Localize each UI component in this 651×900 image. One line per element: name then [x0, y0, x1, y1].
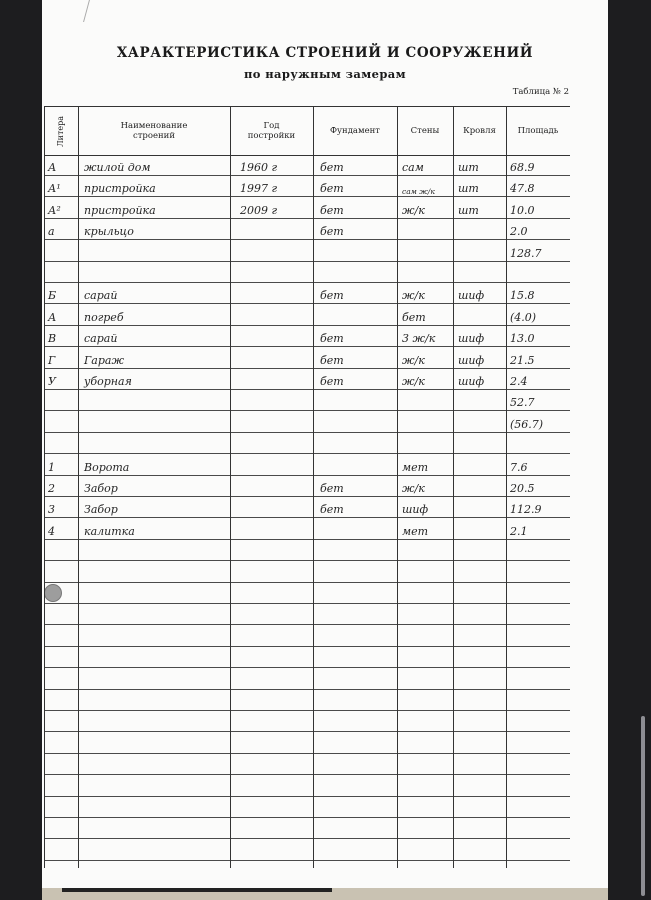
cell-area: 13.0	[510, 325, 570, 346]
cell-roof: шт	[458, 154, 506, 175]
table-row	[44, 625, 570, 647]
table-row	[44, 839, 570, 861]
cell-foundation	[320, 668, 397, 689]
table-row	[44, 732, 570, 754]
cell-year	[240, 582, 313, 603]
cell-name	[84, 839, 230, 860]
cell-roof	[458, 454, 506, 475]
table-row: 1Воротамет7.6	[44, 454, 570, 476]
cell-area: 2.1	[510, 518, 570, 539]
cell-year	[240, 796, 313, 817]
cell-area	[510, 732, 570, 753]
cell-foundation	[320, 689, 397, 710]
table-row: (56.7)	[44, 411, 570, 433]
cell-walls	[402, 625, 453, 646]
cell-year	[240, 817, 313, 838]
document-subtitle: по наружным замерам	[42, 67, 608, 81]
cell-area	[510, 839, 570, 860]
cell-walls	[402, 261, 453, 282]
header-litera: Литера	[44, 107, 78, 155]
header-area-label: Площадь	[518, 126, 559, 136]
cell-walls: ж/к	[402, 347, 453, 368]
cell-name: погреб	[84, 304, 230, 325]
table-row	[44, 539, 570, 561]
cell-roof	[458, 646, 506, 667]
cell-area	[510, 668, 570, 689]
cell-year	[240, 347, 313, 368]
cell-year	[240, 304, 313, 325]
cell-litera	[48, 817, 78, 838]
cell-name	[84, 753, 230, 774]
cell-walls	[402, 753, 453, 774]
table-row: Всарайбет3 ж/кшиф13.0	[44, 325, 570, 347]
cell-year	[240, 539, 313, 560]
column-line	[453, 106, 454, 868]
cell-roof: шт	[458, 197, 506, 218]
cell-litera	[48, 432, 78, 453]
cell-roof	[458, 668, 506, 689]
cell-year	[240, 732, 313, 753]
cell-year	[240, 282, 313, 303]
cell-name	[84, 689, 230, 710]
cell-foundation	[320, 775, 397, 796]
cell-year	[240, 646, 313, 667]
cell-walls: 3 ж/к	[402, 325, 453, 346]
cell-name: жилой дом	[84, 154, 230, 175]
table-row	[44, 689, 570, 711]
cell-roof	[458, 496, 506, 517]
cell-area	[510, 646, 570, 667]
column-line	[78, 106, 79, 868]
header-year: Год постройки	[230, 107, 313, 155]
cell-area: (56.7)	[510, 411, 570, 432]
cell-foundation	[320, 539, 397, 560]
cell-litera: 3	[48, 496, 78, 517]
cell-roof	[458, 603, 506, 624]
cell-litera	[48, 261, 78, 282]
cell-foundation	[320, 411, 397, 432]
header-foundation: Фундамент	[313, 107, 397, 155]
cell-name	[84, 668, 230, 689]
cell-area: 20.5	[510, 475, 570, 496]
cell-foundation	[320, 261, 397, 282]
cell-area	[510, 817, 570, 838]
cell-name	[84, 646, 230, 667]
cell-roof	[458, 753, 506, 774]
cell-litera	[48, 582, 78, 603]
cell-litera	[48, 710, 78, 731]
cell-area	[510, 753, 570, 774]
cell-year	[240, 689, 313, 710]
cell-roof: шиф	[458, 282, 506, 303]
cell-walls: мет	[402, 454, 453, 475]
cell-year	[240, 389, 313, 410]
cell-year	[240, 218, 313, 239]
cell-name	[84, 561, 230, 582]
cell-area: 7.6	[510, 454, 570, 475]
cell-area: 15.8	[510, 282, 570, 303]
column-line	[506, 106, 507, 868]
cell-roof: шиф	[458, 325, 506, 346]
cell-year	[240, 710, 313, 731]
cell-roof	[458, 432, 506, 453]
table-row: А¹пристройка1997 гбетсам ж/кшт47.8	[44, 175, 570, 197]
cell-area	[510, 261, 570, 282]
cell-name	[84, 732, 230, 753]
cell-walls	[402, 796, 453, 817]
table-number-label: Таблица № 2	[513, 87, 569, 97]
cell-year	[240, 368, 313, 389]
cell-year	[240, 753, 313, 774]
cell-litera	[48, 411, 78, 432]
column-line	[44, 106, 45, 868]
corner-mark	[83, 0, 100, 22]
table-row: 52.7	[44, 389, 570, 411]
cell-year	[240, 775, 313, 796]
table-row: 3Заборбетшиф112.9	[44, 496, 570, 518]
cell-litera: У	[48, 368, 78, 389]
cell-walls	[402, 603, 453, 624]
cell-name	[84, 582, 230, 603]
cell-name: Забор	[84, 496, 230, 517]
cell-foundation	[320, 646, 397, 667]
cell-name	[84, 539, 230, 560]
cell-year: 2009 г	[240, 197, 313, 218]
cell-roof	[458, 625, 506, 646]
cell-walls	[402, 539, 453, 560]
table-row: ГГаражбетж/кшиф21.5	[44, 347, 570, 369]
cell-name: Забор	[84, 475, 230, 496]
cell-litera	[48, 240, 78, 261]
cell-litera: А¹	[48, 175, 78, 196]
cell-foundation	[320, 817, 397, 838]
cell-area	[510, 539, 570, 560]
cell-foundation	[320, 389, 397, 410]
cell-walls: мет	[402, 518, 453, 539]
table-row	[44, 603, 570, 625]
cell-walls	[402, 668, 453, 689]
cell-name	[84, 710, 230, 731]
cell-walls: сам ж/к	[402, 175, 453, 196]
cell-roof	[458, 518, 506, 539]
table-row: 128.7	[44, 240, 570, 262]
table-row: Ажилой дом1960 гбетсамшт68.9	[44, 154, 570, 176]
cell-name: крыльцо	[84, 218, 230, 239]
cell-walls	[402, 710, 453, 731]
cell-year	[240, 454, 313, 475]
cell-name: пристройка	[84, 175, 230, 196]
cell-area: 2.4	[510, 368, 570, 389]
cell-name	[84, 603, 230, 624]
cell-roof	[458, 710, 506, 731]
cell-litera	[48, 689, 78, 710]
header-area: Площадь	[506, 107, 570, 155]
cell-litera	[48, 646, 78, 667]
cell-foundation	[320, 710, 397, 731]
cell-litera: а	[48, 218, 78, 239]
cell-walls	[402, 646, 453, 667]
cell-area	[510, 625, 570, 646]
cell-foundation: бет	[320, 175, 397, 196]
cell-name: сарай	[84, 282, 230, 303]
cell-foundation	[320, 796, 397, 817]
cell-walls	[402, 218, 453, 239]
cell-area	[510, 582, 570, 603]
cell-roof	[458, 389, 506, 410]
cell-walls	[402, 689, 453, 710]
cell-foundation	[320, 304, 397, 325]
cell-year: 1960 г	[240, 154, 313, 175]
cell-foundation: бет	[320, 347, 397, 368]
cell-walls	[402, 389, 453, 410]
cell-roof: шт	[458, 175, 506, 196]
cell-litera: В	[48, 325, 78, 346]
table-row: Ууборнаябетж/кшиф2.4	[44, 368, 570, 390]
cell-litera	[48, 625, 78, 646]
cell-litera	[48, 839, 78, 860]
column-line	[397, 106, 398, 868]
cell-roof	[458, 582, 506, 603]
header-name: Наименование строений	[78, 107, 230, 155]
cell-walls: шиф	[402, 496, 453, 517]
cell-foundation	[320, 518, 397, 539]
cell-roof	[458, 240, 506, 261]
cell-area	[510, 603, 570, 624]
cell-foundation	[320, 240, 397, 261]
cell-foundation	[320, 753, 397, 774]
cell-litera	[48, 753, 78, 774]
cell-walls: ж/к	[402, 197, 453, 218]
cell-foundation: бет	[320, 197, 397, 218]
cell-litera: А	[48, 154, 78, 175]
cell-roof	[458, 796, 506, 817]
cell-year	[240, 411, 313, 432]
cell-walls	[402, 561, 453, 582]
cell-year	[240, 432, 313, 453]
cell-name	[84, 240, 230, 261]
cell-year	[240, 603, 313, 624]
cell-litera	[48, 668, 78, 689]
cell-name: калитка	[84, 518, 230, 539]
table-header: Литера Наименование строений Год построй…	[44, 106, 570, 156]
table-row	[44, 261, 570, 283]
cell-year	[240, 625, 313, 646]
header-foundation-label: Фундамент	[330, 126, 380, 136]
column-line	[313, 106, 314, 868]
cell-year	[240, 518, 313, 539]
table-row: 4калиткамет2.1	[44, 518, 570, 540]
cell-name: Ворота	[84, 454, 230, 475]
page-bottom-edge	[42, 888, 608, 900]
cell-area: 10.0	[510, 197, 570, 218]
cell-area	[510, 689, 570, 710]
cell-walls: ж/к	[402, 282, 453, 303]
cell-litera: 2	[48, 475, 78, 496]
cell-foundation	[320, 732, 397, 753]
cell-foundation	[320, 603, 397, 624]
cell-name	[84, 817, 230, 838]
table-row: Бсарайбетж/кшиф15.8	[44, 282, 570, 304]
cell-area	[510, 796, 570, 817]
cell-area	[510, 432, 570, 453]
cell-foundation: бет	[320, 218, 397, 239]
cell-foundation: бет	[320, 496, 397, 517]
table-row	[44, 582, 570, 604]
cell-litera	[48, 539, 78, 560]
cell-foundation	[320, 582, 397, 603]
cell-area: 128.7	[510, 240, 570, 261]
cell-foundation	[320, 454, 397, 475]
table-row	[44, 817, 570, 839]
table-row	[44, 432, 570, 454]
header-walls-label: Стены	[411, 126, 440, 136]
header-name-label: Наименование строений	[109, 121, 199, 141]
cell-litera	[48, 732, 78, 753]
buildings-table: Литера Наименование строений Год построй…	[44, 106, 570, 156]
cell-roof	[458, 775, 506, 796]
document-title: ХАРАКТЕРИСТИКА СТРОЕНИЙ И СООРУЖЕНИЙ	[42, 45, 608, 61]
cell-area	[510, 561, 570, 582]
header-roof: Кровля	[453, 107, 506, 155]
cell-walls	[402, 839, 453, 860]
cell-year	[240, 496, 313, 517]
cell-litera: Г	[48, 347, 78, 368]
cell-area: 47.8	[510, 175, 570, 196]
cell-roof	[458, 261, 506, 282]
cell-foundation: бет	[320, 475, 397, 496]
cell-foundation	[320, 561, 397, 582]
cell-roof: шиф	[458, 347, 506, 368]
column-line	[230, 106, 231, 868]
table-row	[44, 710, 570, 732]
table-row	[44, 561, 570, 583]
table-row	[44, 646, 570, 668]
cell-roof	[458, 218, 506, 239]
cell-walls: ж/к	[402, 475, 453, 496]
cell-litera	[48, 389, 78, 410]
cell-name	[84, 432, 230, 453]
cell-year	[240, 561, 313, 582]
cell-year	[240, 839, 313, 860]
cell-year	[240, 240, 313, 261]
cell-walls	[402, 582, 453, 603]
cell-litera: 1	[48, 454, 78, 475]
cell-year	[240, 261, 313, 282]
header-litera-label: Литера	[57, 115, 66, 146]
header-roof-label: Кровля	[463, 126, 496, 136]
cell-roof	[458, 411, 506, 432]
cell-area: 112.9	[510, 496, 570, 517]
cell-foundation: бет	[320, 325, 397, 346]
cell-litera: А	[48, 304, 78, 325]
cell-roof	[458, 539, 506, 560]
cell-foundation	[320, 839, 397, 860]
table-row: 2Заборбетж/к20.5	[44, 475, 570, 497]
cell-year: 1997 г	[240, 175, 313, 196]
cell-walls: бет	[402, 304, 453, 325]
cell-walls: сам	[402, 154, 453, 175]
cell-litera: А²	[48, 197, 78, 218]
cell-name: пристройка	[84, 197, 230, 218]
table-row	[44, 668, 570, 690]
cell-name: сарай	[84, 325, 230, 346]
cell-litera	[48, 775, 78, 796]
cell-roof	[458, 732, 506, 753]
cell-foundation: бет	[320, 282, 397, 303]
cell-roof	[458, 561, 506, 582]
cell-area: 2.0	[510, 218, 570, 239]
table-row: А²пристройка2009 гбетж/кшт10.0	[44, 197, 570, 219]
cell-litera	[48, 603, 78, 624]
vertical-scrollbar[interactable]	[641, 716, 645, 896]
cell-foundation	[320, 625, 397, 646]
header-year-label: Год постройки	[242, 121, 302, 141]
cell-litera: 4	[48, 518, 78, 539]
table-row: Апогреббет(4.0)	[44, 304, 570, 326]
cell-foundation: бет	[320, 368, 397, 389]
cell-walls	[402, 817, 453, 838]
cell-walls	[402, 432, 453, 453]
cell-walls	[402, 240, 453, 261]
cell-name	[84, 261, 230, 282]
cell-name	[84, 775, 230, 796]
cell-name: Гараж	[84, 347, 230, 368]
cell-area: 68.9	[510, 154, 570, 175]
cell-litera	[48, 796, 78, 817]
cell-area	[510, 710, 570, 731]
cell-walls	[402, 411, 453, 432]
table-row	[44, 753, 570, 775]
cell-walls: ж/к	[402, 368, 453, 389]
cell-roof	[458, 304, 506, 325]
cell-roof	[458, 689, 506, 710]
header-walls: Стены	[397, 107, 453, 155]
cell-year	[240, 325, 313, 346]
cell-name	[84, 796, 230, 817]
cell-walls	[402, 775, 453, 796]
cell-roof	[458, 839, 506, 860]
cell-name	[84, 411, 230, 432]
cell-name	[84, 625, 230, 646]
cell-litera: Б	[48, 282, 78, 303]
table-row: акрыльцобет2.0	[44, 218, 570, 240]
cell-year	[240, 475, 313, 496]
cell-walls	[402, 732, 453, 753]
cell-year	[240, 668, 313, 689]
cell-name: уборная	[84, 368, 230, 389]
cell-litera	[48, 561, 78, 582]
cell-foundation: бет	[320, 154, 397, 175]
cell-area: (4.0)	[510, 304, 570, 325]
table-row	[44, 775, 570, 797]
cell-roof: шиф	[458, 368, 506, 389]
cell-roof	[458, 817, 506, 838]
cell-area: 52.7	[510, 389, 570, 410]
cell-name	[84, 389, 230, 410]
cell-roof	[458, 475, 506, 496]
cell-foundation	[320, 432, 397, 453]
table-row	[44, 796, 570, 818]
cell-area	[510, 775, 570, 796]
cell-area: 21.5	[510, 347, 570, 368]
